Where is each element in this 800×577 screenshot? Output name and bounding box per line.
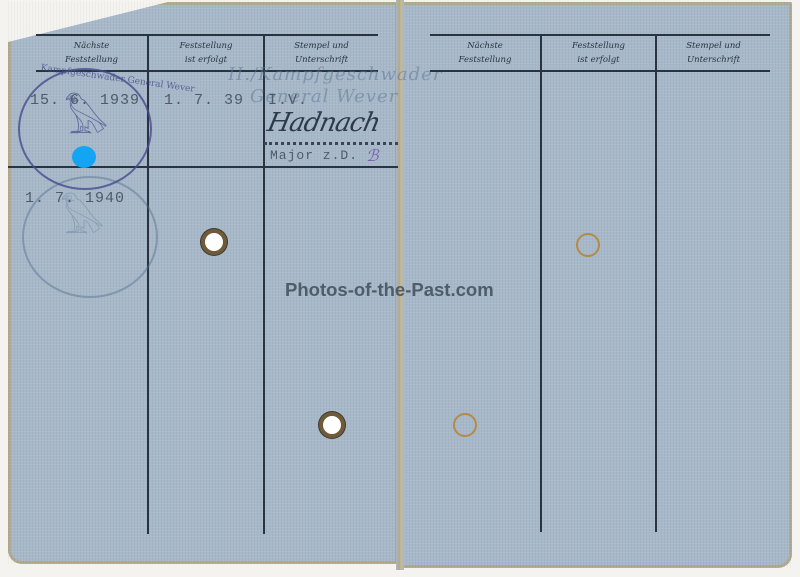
right-col-divider-1 [540,34,542,532]
left-header-next-inspection: Nächste Feststellung [36,39,147,67]
binding-eyelet-bottom [319,412,345,438]
right-table-header-rule [430,70,770,72]
watermark: Photos-of-the-Past.com [285,279,494,301]
row1-rank: Major z.D. [270,148,358,163]
row2-next-inspection: 1. 7. 1940 [25,190,125,207]
row1-signature: Hadnach [265,108,383,138]
right-col-divider-2 [655,34,657,532]
binding-eyelet-top [201,229,227,255]
left-table-top-rule [36,34,378,36]
unit-stamp-line1: II./Kampfgeschwader [228,64,442,85]
eyelet-rust-mark-bottom [453,413,477,437]
right-header-inspection-done: Feststellung ist erfolgt [542,39,655,67]
left-header-stamp-signature: Stempel und Unterschrift [265,39,378,67]
stamp-blue-dot [72,146,96,168]
row1-initial: ℬ [366,146,379,165]
row1-inspection-done: 1. 7. 39 [164,92,244,109]
right-header-stamp-signature: Stempel und Unterschrift [657,39,770,67]
row1-next-inspection: 15. 6. 1939 [30,92,140,109]
signature-dotted-line [264,142,398,145]
eyelet-rust-mark-top [576,233,600,257]
right-header-next-inspection: Nächste Feststellung [430,39,540,67]
left-header-inspection-done: Feststellung ist erfolgt [149,39,263,67]
right-table-top-rule [430,34,770,36]
row1-signature-prefix: I.V. [268,92,308,109]
left-col-divider-2 [263,34,265,534]
